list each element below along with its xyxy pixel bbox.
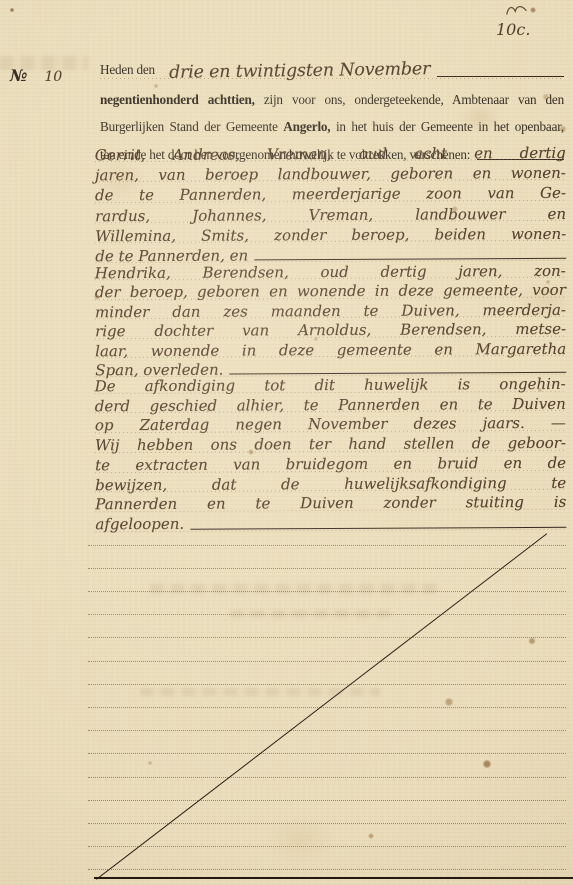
ruled-line xyxy=(88,545,566,546)
act-number: № 10 xyxy=(10,66,62,86)
handwritten-text: afgeloopen. xyxy=(95,515,184,535)
ink-scribble-mark xyxy=(504,2,530,17)
handwritten-text: der beroep, geboren en wonende in deze g… xyxy=(95,281,566,301)
act-number-label: № xyxy=(10,66,27,85)
handwritten-date: drie en twintigsten November xyxy=(169,60,430,83)
ruled-line xyxy=(88,753,566,754)
handwritten-text: Pannerden en te Duiven zonder stuiting i… xyxy=(95,493,566,513)
bride-paragraph: Hendrika, Berendsen, oud dertig jaren, z… xyxy=(95,262,567,381)
fee-note: 10c. xyxy=(496,20,530,39)
printed-municipality-bold: Angerlo, xyxy=(283,119,330,134)
handwritten-line: der beroep, geboren en wonende in deze g… xyxy=(95,281,566,303)
handwritten-text: derd geschied alhier, te Pannerden en te… xyxy=(95,394,566,414)
printed-municipality-rest: in het huis der Gemeente in het openbaar… xyxy=(330,119,564,134)
handwritten-line: bewijzen, dat de huwelijksafkondiging te xyxy=(95,473,566,495)
handwritten-line: te extracten van bruidegom en bruid en d… xyxy=(95,454,566,476)
bottom-closing-line xyxy=(94,877,573,879)
handwritten-text: de te Pannerden, meerderjarige zoon van … xyxy=(95,184,566,204)
handwritten-line: rige dochter van Arnoldus, Berendsen, me… xyxy=(95,320,566,342)
handwritten-text: laar, wonende in deze gemeente en Margar… xyxy=(95,339,566,359)
printed-municipality-pre: Burgerlijken Stand der Gemeente xyxy=(100,119,283,134)
ruled-line xyxy=(88,730,566,731)
groom-paragraph: Gerrit, Andreas, Vreman, oud acht en der… xyxy=(95,143,567,267)
handwritten-line: Gerrit, Andreas, Vreman, oud acht en der… xyxy=(95,143,566,166)
handwritten-line: De afkondiging tot dit huwelijk is ongeh… xyxy=(95,375,566,397)
handwritten-text: rige dochter van Arnoldus, Berendsen, me… xyxy=(95,320,566,340)
handwritten-line: Wij hebben ons doen ter hand stellen de … xyxy=(95,434,566,456)
printed-line-opening: Heden den drie en twintigsten November xyxy=(100,57,564,81)
handwritten-text: minder dan zes maanden te Duiven, meerde… xyxy=(95,301,566,321)
ruled-line xyxy=(88,800,566,801)
handwritten-line: Hendrika, Berendsen, oud dertig jaren, z… xyxy=(95,262,566,284)
handwritten-text: op Zaterdag negen November dezes jaars. … xyxy=(95,414,566,434)
document-page: 10c. № 10 Heden den drie en twintigsten … xyxy=(0,0,573,885)
ruled-line xyxy=(88,684,566,685)
handwritten-text: jaren, van beroep landbouwer, geboren en… xyxy=(95,164,566,184)
ruled-line xyxy=(88,777,566,778)
handwritten-line: afgeloopen. xyxy=(95,513,566,535)
handwritten-text: Willemina, Smits, zonder beroep, beiden … xyxy=(95,225,566,245)
printed-year-bold: negentienhonderd achttien, xyxy=(100,92,255,107)
printed-line-year: negentienhonderd achttien, zijn voor ons… xyxy=(100,90,564,109)
handwritten-text: rardus, Johannes, Vreman, landbouwer en xyxy=(95,204,566,224)
announcement-paragraph: De afkondiging tot dit huwelijk is ongeh… xyxy=(95,375,567,535)
handwritten-text: Gerrit, Andreas, Vreman, oud acht en der… xyxy=(95,144,566,164)
ruled-line xyxy=(88,614,566,615)
handwritten-line: minder dan zes maanden te Duiven, meerde… xyxy=(95,301,566,323)
ruled-line xyxy=(88,568,566,569)
ruled-line xyxy=(88,637,566,638)
bleedthrough-smudge xyxy=(150,584,440,594)
printed-text-heden-den: Heden den xyxy=(100,60,155,81)
handwritten-text: Hendrika, Berendsen, oud dertig jaren, z… xyxy=(95,262,566,282)
printed-line-municipality: Burgerlijken Stand der Gemeente Angerlo,… xyxy=(100,117,564,136)
ruled-line xyxy=(88,846,566,847)
handwritten-text: De afkondiging tot dit huwelijk is ongeh… xyxy=(95,375,566,395)
printed-year-rest: zijn voor ons, ondergeteekende, Ambtenaa… xyxy=(255,92,564,107)
act-number-value: 10 xyxy=(44,69,62,85)
handwritten-line: op Zaterdag negen November dezes jaars. … xyxy=(95,414,566,436)
handwritten-line: Willemina, Smits, zonder beroep, beiden … xyxy=(95,224,566,247)
ruled-line xyxy=(88,591,566,592)
fill-rule xyxy=(437,76,564,77)
ruled-line xyxy=(88,707,566,708)
ruled-line xyxy=(88,823,566,824)
handwritten-line: de te Pannerden, meerderjarige zoon van … xyxy=(95,183,566,206)
handwritten-line: laar, wonende in deze gemeente en Margar… xyxy=(95,339,566,361)
ruled-line xyxy=(88,869,566,870)
ruled-line xyxy=(88,661,566,662)
handwritten-text: Wij hebben ons doen ter hand stellen de … xyxy=(95,434,566,454)
handwritten-line: rardus, Johannes, Vreman, landbouwer en xyxy=(95,203,566,226)
handwritten-line: jaren, van beroep landbouwer, geboren en… xyxy=(95,163,566,186)
handwritten-line: derd geschied alhier, te Pannerden en te… xyxy=(95,394,566,416)
handwritten-text: te extracten van bruidegom en bruid en d… xyxy=(95,454,566,474)
handwritten-line: Pannerden en te Duiven zonder stuiting i… xyxy=(95,493,566,515)
handwritten-text: bewijzen, dat de huwelijksafkondiging te xyxy=(95,473,566,493)
